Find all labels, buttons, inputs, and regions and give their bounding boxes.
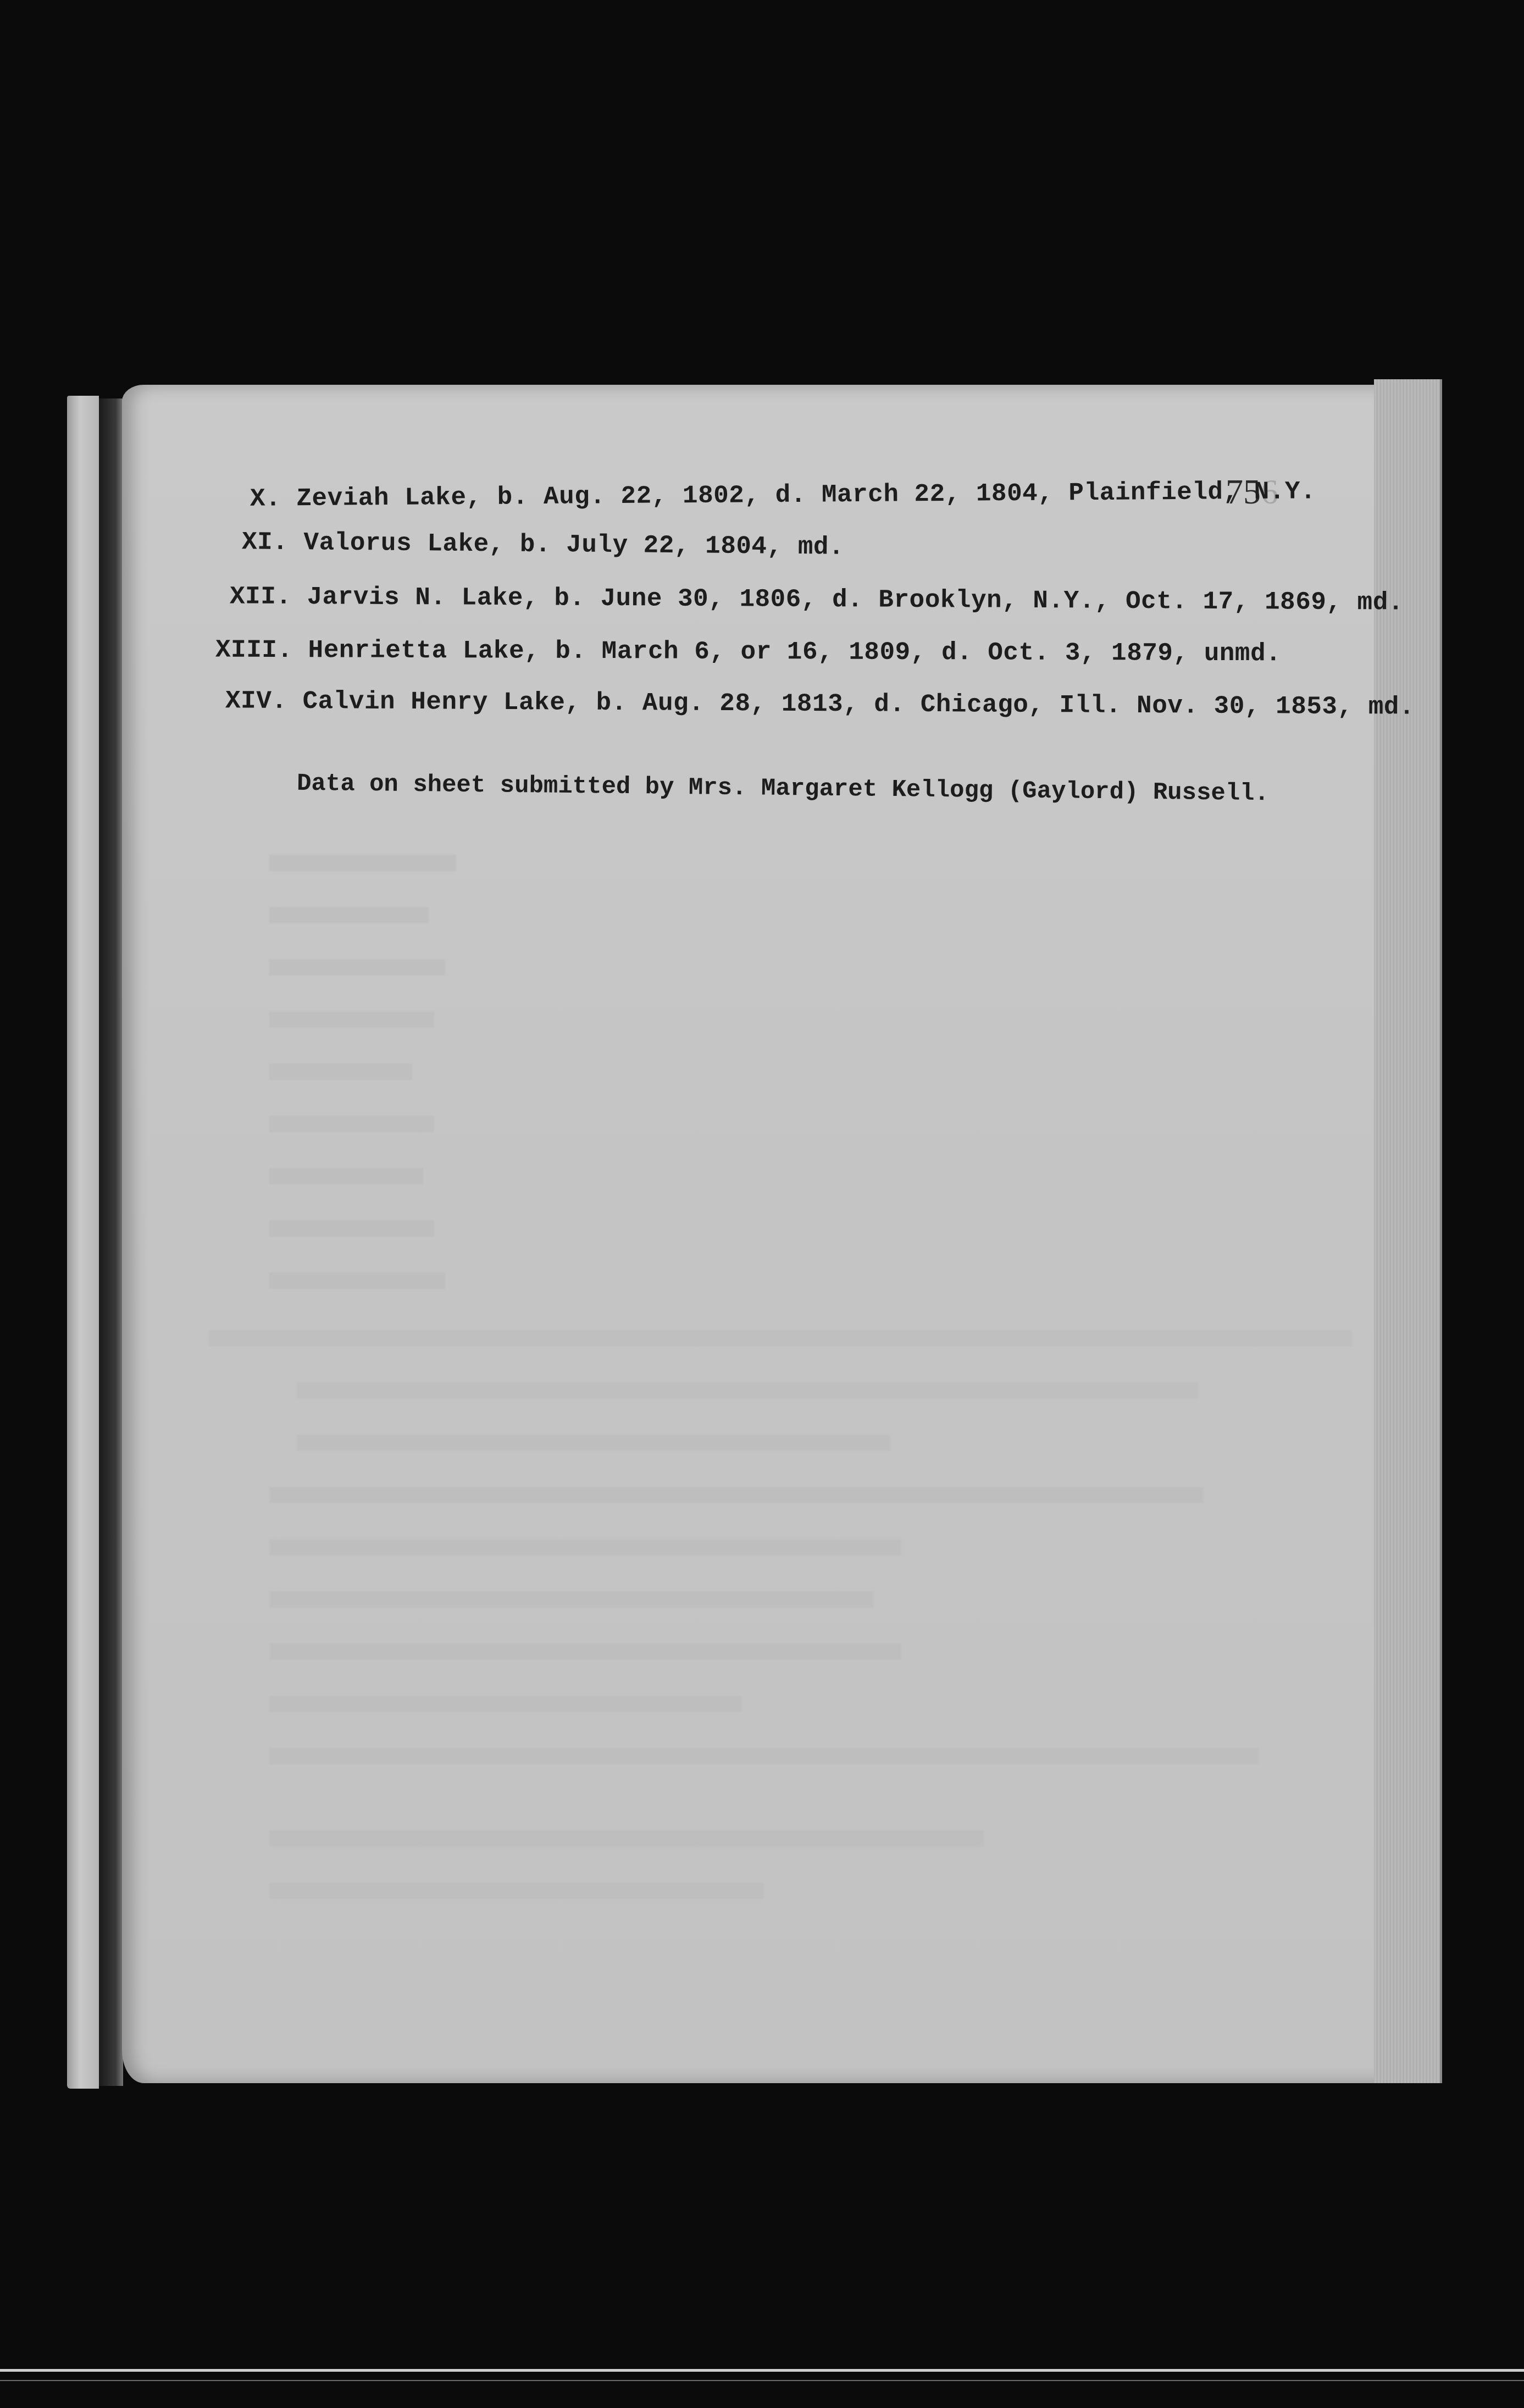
entry-xi: XI. Valorus Lake, b. July 22, 1804, md. bbox=[242, 528, 845, 562]
entry-text: Calvin Henry Lake, b. Aug. 28, 1813, d. … bbox=[302, 687, 1415, 722]
entry-text: Henrietta Lake, b. March 6, or 16, 1809,… bbox=[308, 636, 1282, 668]
entry-numeral: XI. bbox=[242, 528, 289, 557]
entry-numeral: XII. bbox=[230, 582, 292, 611]
book-gutter bbox=[99, 398, 123, 2086]
page-fore-edge bbox=[1374, 379, 1442, 2083]
film-edge-line-secondary bbox=[0, 2380, 1524, 2381]
entry-numeral: XIII. bbox=[215, 636, 293, 665]
entry-text: Jarvis N. Lake, b. June 30, 1806, d. Bro… bbox=[307, 583, 1404, 617]
entry-numeral: X. bbox=[250, 484, 281, 513]
entry-xiii: XIII. Henrietta Lake, b. March 6, or 16,… bbox=[215, 636, 1281, 668]
entry-text: Valorus Lake, b. July 22, 1804, md. bbox=[303, 528, 844, 562]
entry-numeral: XIV. bbox=[225, 687, 287, 716]
left-page-edge bbox=[67, 396, 99, 2089]
film-edge-line bbox=[0, 2369, 1524, 2372]
